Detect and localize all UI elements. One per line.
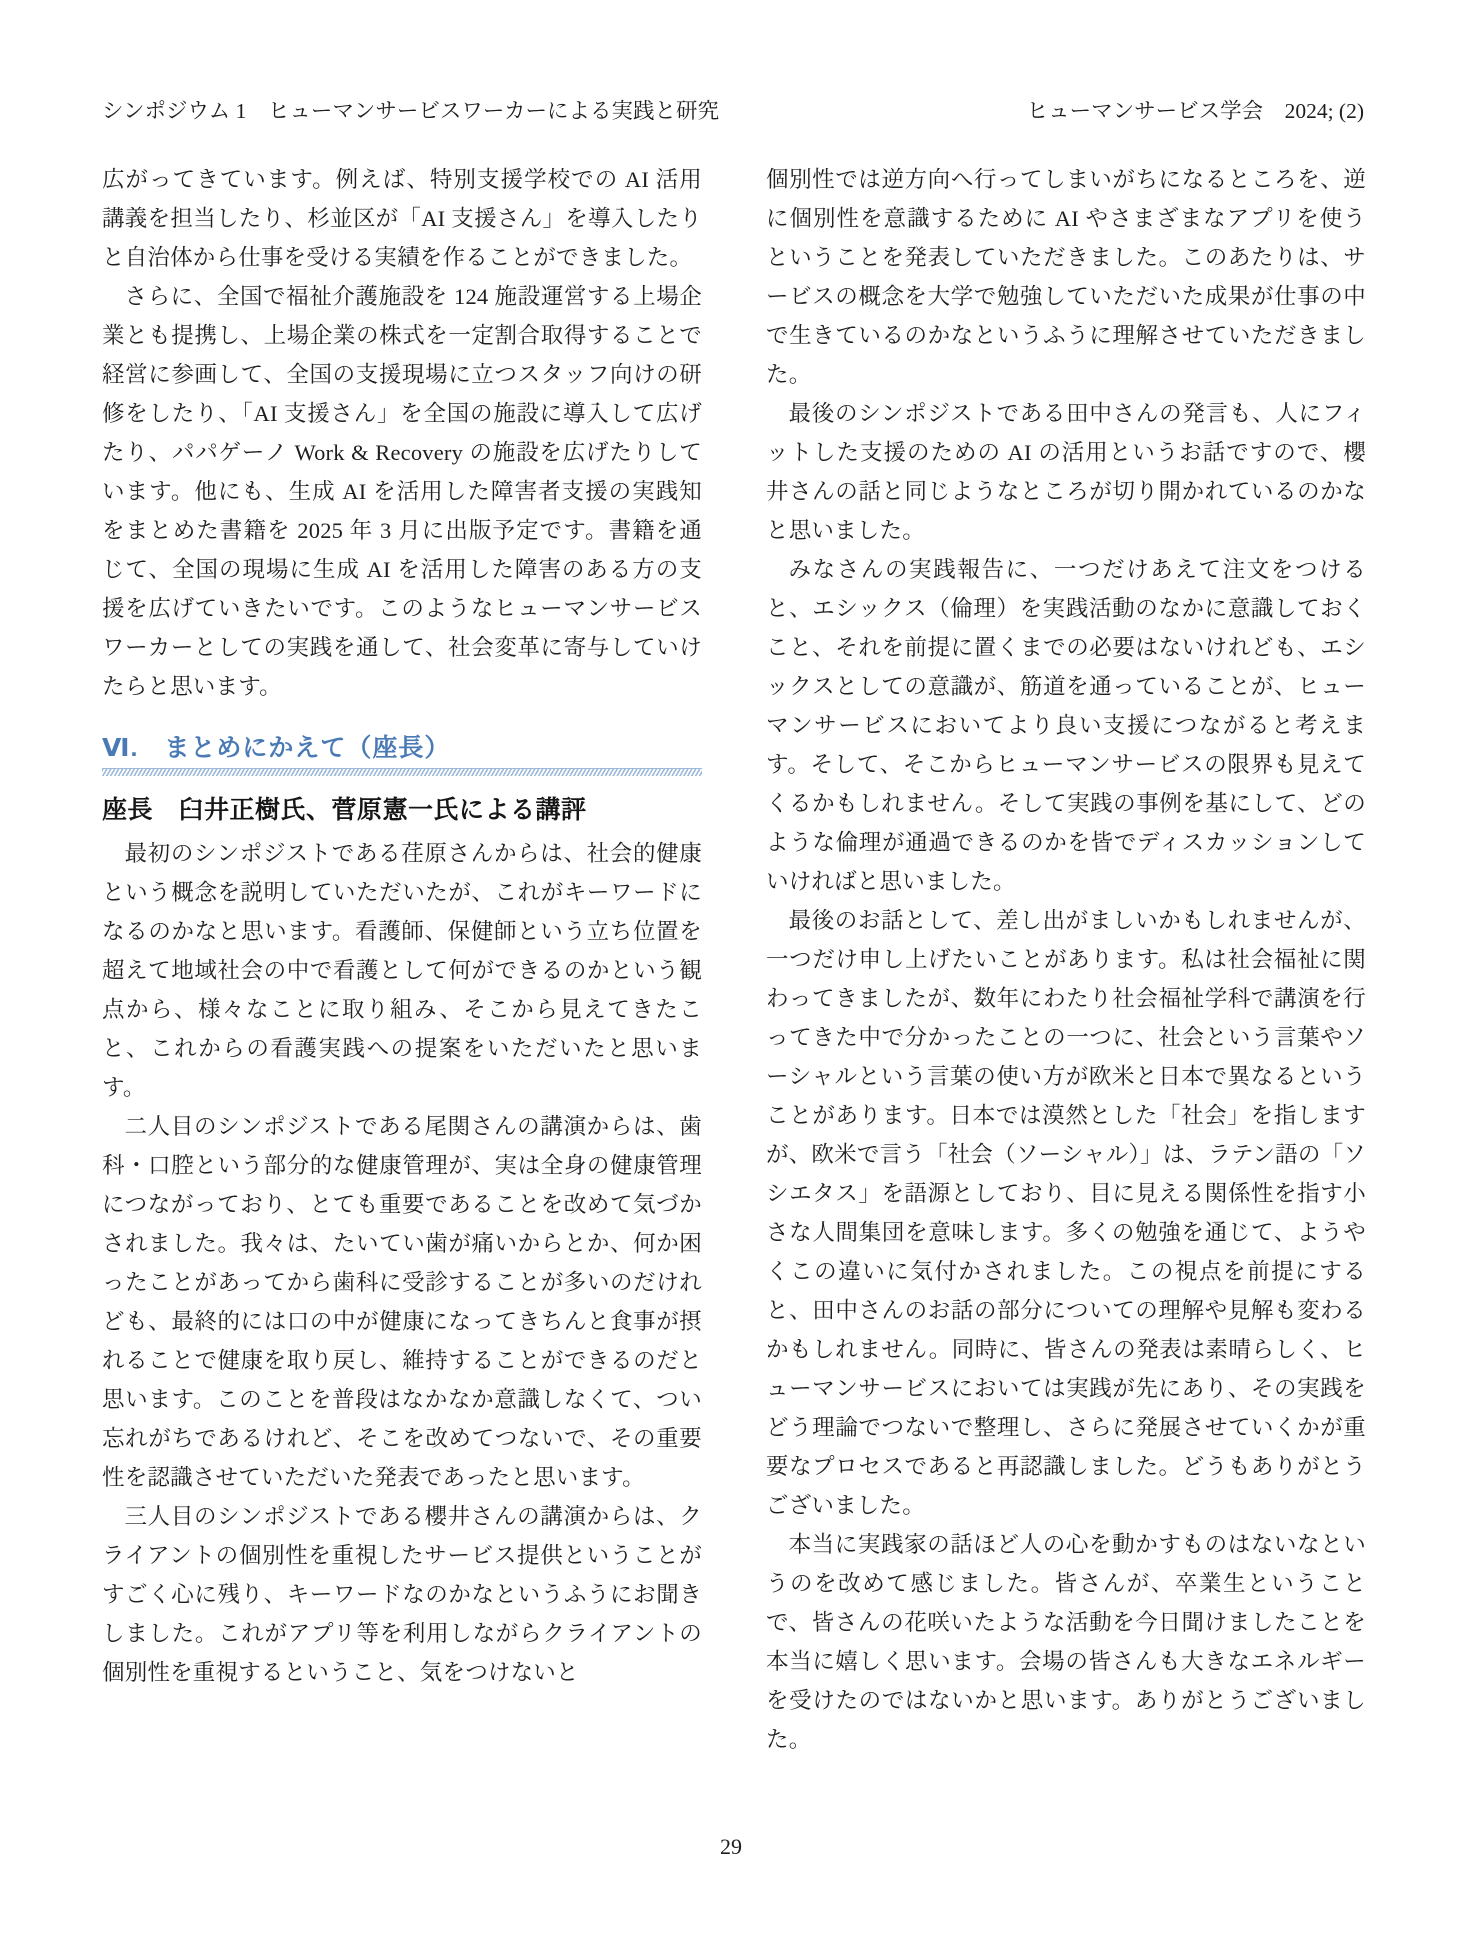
left-column-intro-paragraphs: 広がってきています。例えば、特別支援学校での AI 活用講義を担当したり、杉並区… (102, 160, 702, 706)
page-number: 29 (0, 1832, 1462, 1862)
document-page: シンポジウム 1 ヒューマンサービスワーカーによる実践と研究 ヒューマンサービス… (0, 0, 1462, 1952)
two-column-body: 広がってきています。例えば、特別支援学校での AI 活用講義を担当したり、杉並区… (102, 160, 1366, 1759)
paragraph: 広がってきています。例えば、特別支援学校での AI 活用講義を担当したり、杉並区… (102, 160, 702, 277)
right-column: 個別性では逆方向へ行ってしまいがちになるところを、逆に個別性を意識するために A… (766, 160, 1366, 1759)
paragraph: さらに、全国で福祉介護施設を 124 施設運営する上場企業とも提携し、上場企業の… (102, 277, 702, 706)
left-column: 広がってきています。例えば、特別支援学校での AI 活用講義を担当したり、杉並区… (102, 160, 702, 1759)
paragraph: みなさんの実践報告に、一つだけあえて注文をつけると、エシックス（倫理）を実践活動… (766, 550, 1366, 901)
running-head-right: ヒューマンサービス学会 2024; (2) (1027, 96, 1364, 126)
paragraph: 最後のお話として、差し出がましいかもしれませんが、一つだけ申し上げたいことがあり… (766, 901, 1366, 1525)
left-column-paragraphs: 最初のシンポジストである荏原さんからは、社会的健康という概念を説明していただいた… (102, 834, 702, 1692)
paragraph: 二人目のシンポジストである尾関さんの講演からは、歯科・口腔という部分的な健康管理… (102, 1107, 702, 1497)
running-head: シンポジウム 1 ヒューマンサービスワーカーによる実践と研究 ヒューマンサービス… (102, 96, 1364, 126)
section-heading-underline (102, 768, 702, 776)
paragraph: 本当に実践家の話ほど人の心を動かすものはないなというのを改めて感じました。皆さん… (766, 1525, 1366, 1759)
paragraph: 最初のシンポジストである荏原さんからは、社会的健康という概念を説明していただいた… (102, 834, 702, 1107)
paragraph: 個別性では逆方向へ行ってしまいがちになるところを、逆に個別性を意識するために A… (766, 160, 1366, 394)
paragraph: 最後のシンポジストである田中さんの発言も、人にフィットした支援のための AI の… (766, 394, 1366, 550)
section-heading: Ⅵ. まとめにかえて（座長） (102, 732, 702, 765)
right-column-paragraphs: 個別性では逆方向へ行ってしまいがちになるところを、逆に個別性を意識するために A… (766, 160, 1366, 1759)
paragraph: 三人目のシンポジストである櫻井さんの講演からは、クライアントの個別性を重視したサ… (102, 1497, 702, 1692)
chair-commentary-subheading: 座長 臼井正樹氏、菅原憲一氏による講評 (102, 792, 702, 828)
running-head-left: シンポジウム 1 ヒューマンサービスワーカーによる実践と研究 (102, 96, 719, 126)
